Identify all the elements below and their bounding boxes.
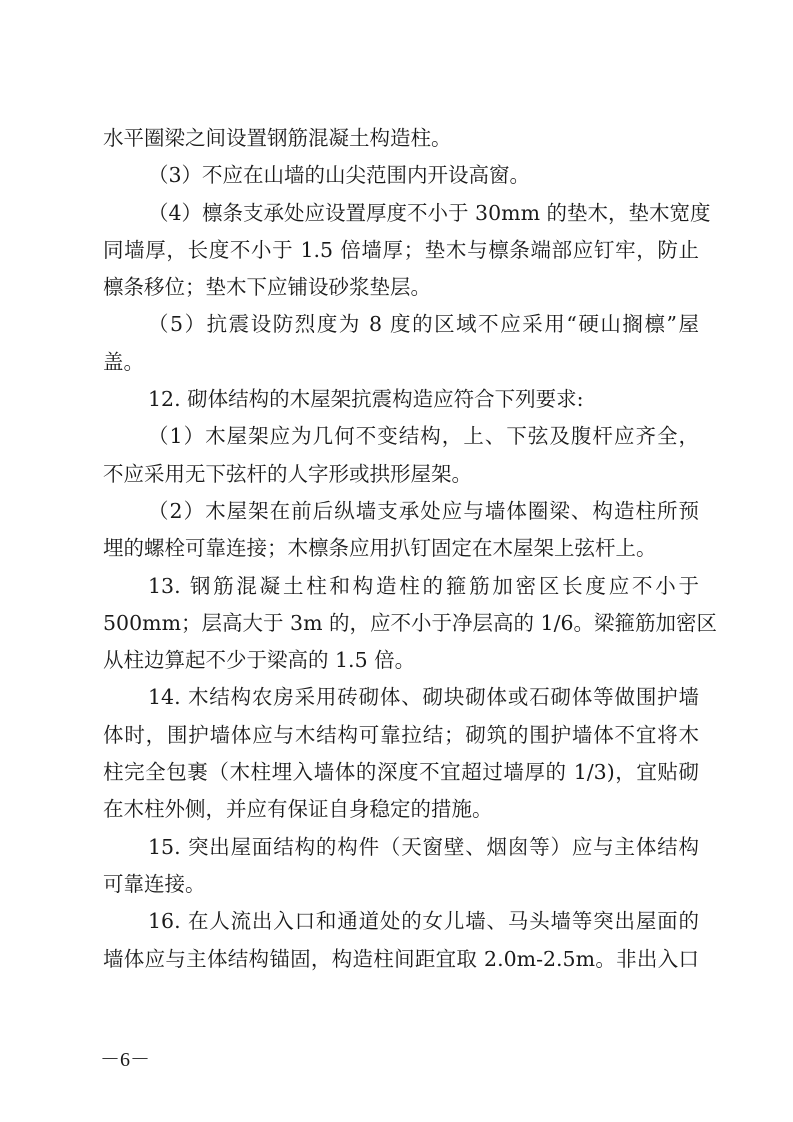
paragraph-line: 从柱边算起不少于梁高的 1.5 倍。 xyxy=(103,642,699,679)
paragraph-line: 可靠连接。 xyxy=(103,866,699,903)
paragraph-line: 柱完全包裹（木柱埋入墙体的深度不宜超过墙厚的 1/3)，宜贴砌 xyxy=(103,754,699,791)
paragraph-line: 500mm；层高大于 3m 的，应不小于净层高的 1/6。梁箍筋加密区 xyxy=(103,605,699,642)
paragraph-line: 墙体应与主体结构锚固，构造柱间距宜取 2.0m-2.5m。非出入口 xyxy=(103,941,699,978)
paragraph-line: （5）抗震设防烈度为 8 度的区域不应采用“硬山搁檩”屋 xyxy=(103,306,699,343)
page-number: －6－ xyxy=(100,1043,150,1072)
paragraph-line: 檩条移位；垫木下应铺设砂浆垫层。 xyxy=(103,269,699,306)
paragraph-line: （3）不应在山墙的山尖范围内开设高窗。 xyxy=(103,157,699,194)
paragraph-line: 13. 钢筋混凝土柱和构造柱的箍筋加密区长度应不小于 xyxy=(103,568,699,605)
paragraph-line: 14. 木结构农房采用砖砌体、砌块砌体或石砌体等做围护墙 xyxy=(103,679,699,716)
paragraph-line: 16. 在人流出入口和通道处的女儿墙、马头墙等突出屋面的 xyxy=(103,903,699,940)
paragraph-line: 同墙厚，长度不小于 1.5 倍墙厚；垫木与檩条端部应钉牢，防止 xyxy=(103,232,699,269)
paragraph-line: 水平圈梁之间设置钢筋混凝土构造柱。 xyxy=(103,120,699,157)
section-heading: 12. 砌体结构的木屋架抗震构造应符合下列要求: xyxy=(103,381,699,418)
document-body: 水平圈梁之间设置钢筋混凝土构造柱。 （3）不应在山墙的山尖范围内开设高窗。 （4… xyxy=(103,120,699,978)
paragraph-line: 盖。 xyxy=(103,344,699,381)
paragraph-line: （2）木屋架在前后纵墙支承处应与墙体圈梁、构造柱所预 xyxy=(103,493,699,530)
paragraph-line: 不应采用无下弦杆的人字形或拱形屋架。 xyxy=(103,456,699,493)
paragraph-line: 15. 突出屋面结构的构件（天窗壁、烟囱等）应与主体结构 xyxy=(103,829,699,866)
paragraph-line: 体时，围护墙体应与木结构可靠拉结；砌筑的围护墙体不宜将木 xyxy=(103,717,699,754)
paragraph-line: （1）木屋架应为几何不变结构，上、下弦及腹杆应齐全， xyxy=(103,418,699,455)
paragraph-line: （4）檩条支承处应设置厚度不小于 30mm 的垫木，垫木宽度 xyxy=(103,195,699,232)
paragraph-line: 埋的螺栓可靠连接；木檩条应用扒钉固定在木屋架上弦杆上。 xyxy=(103,530,699,567)
paragraph-line: 在木柱外侧，并应有保证自身稳定的措施。 xyxy=(103,791,699,828)
